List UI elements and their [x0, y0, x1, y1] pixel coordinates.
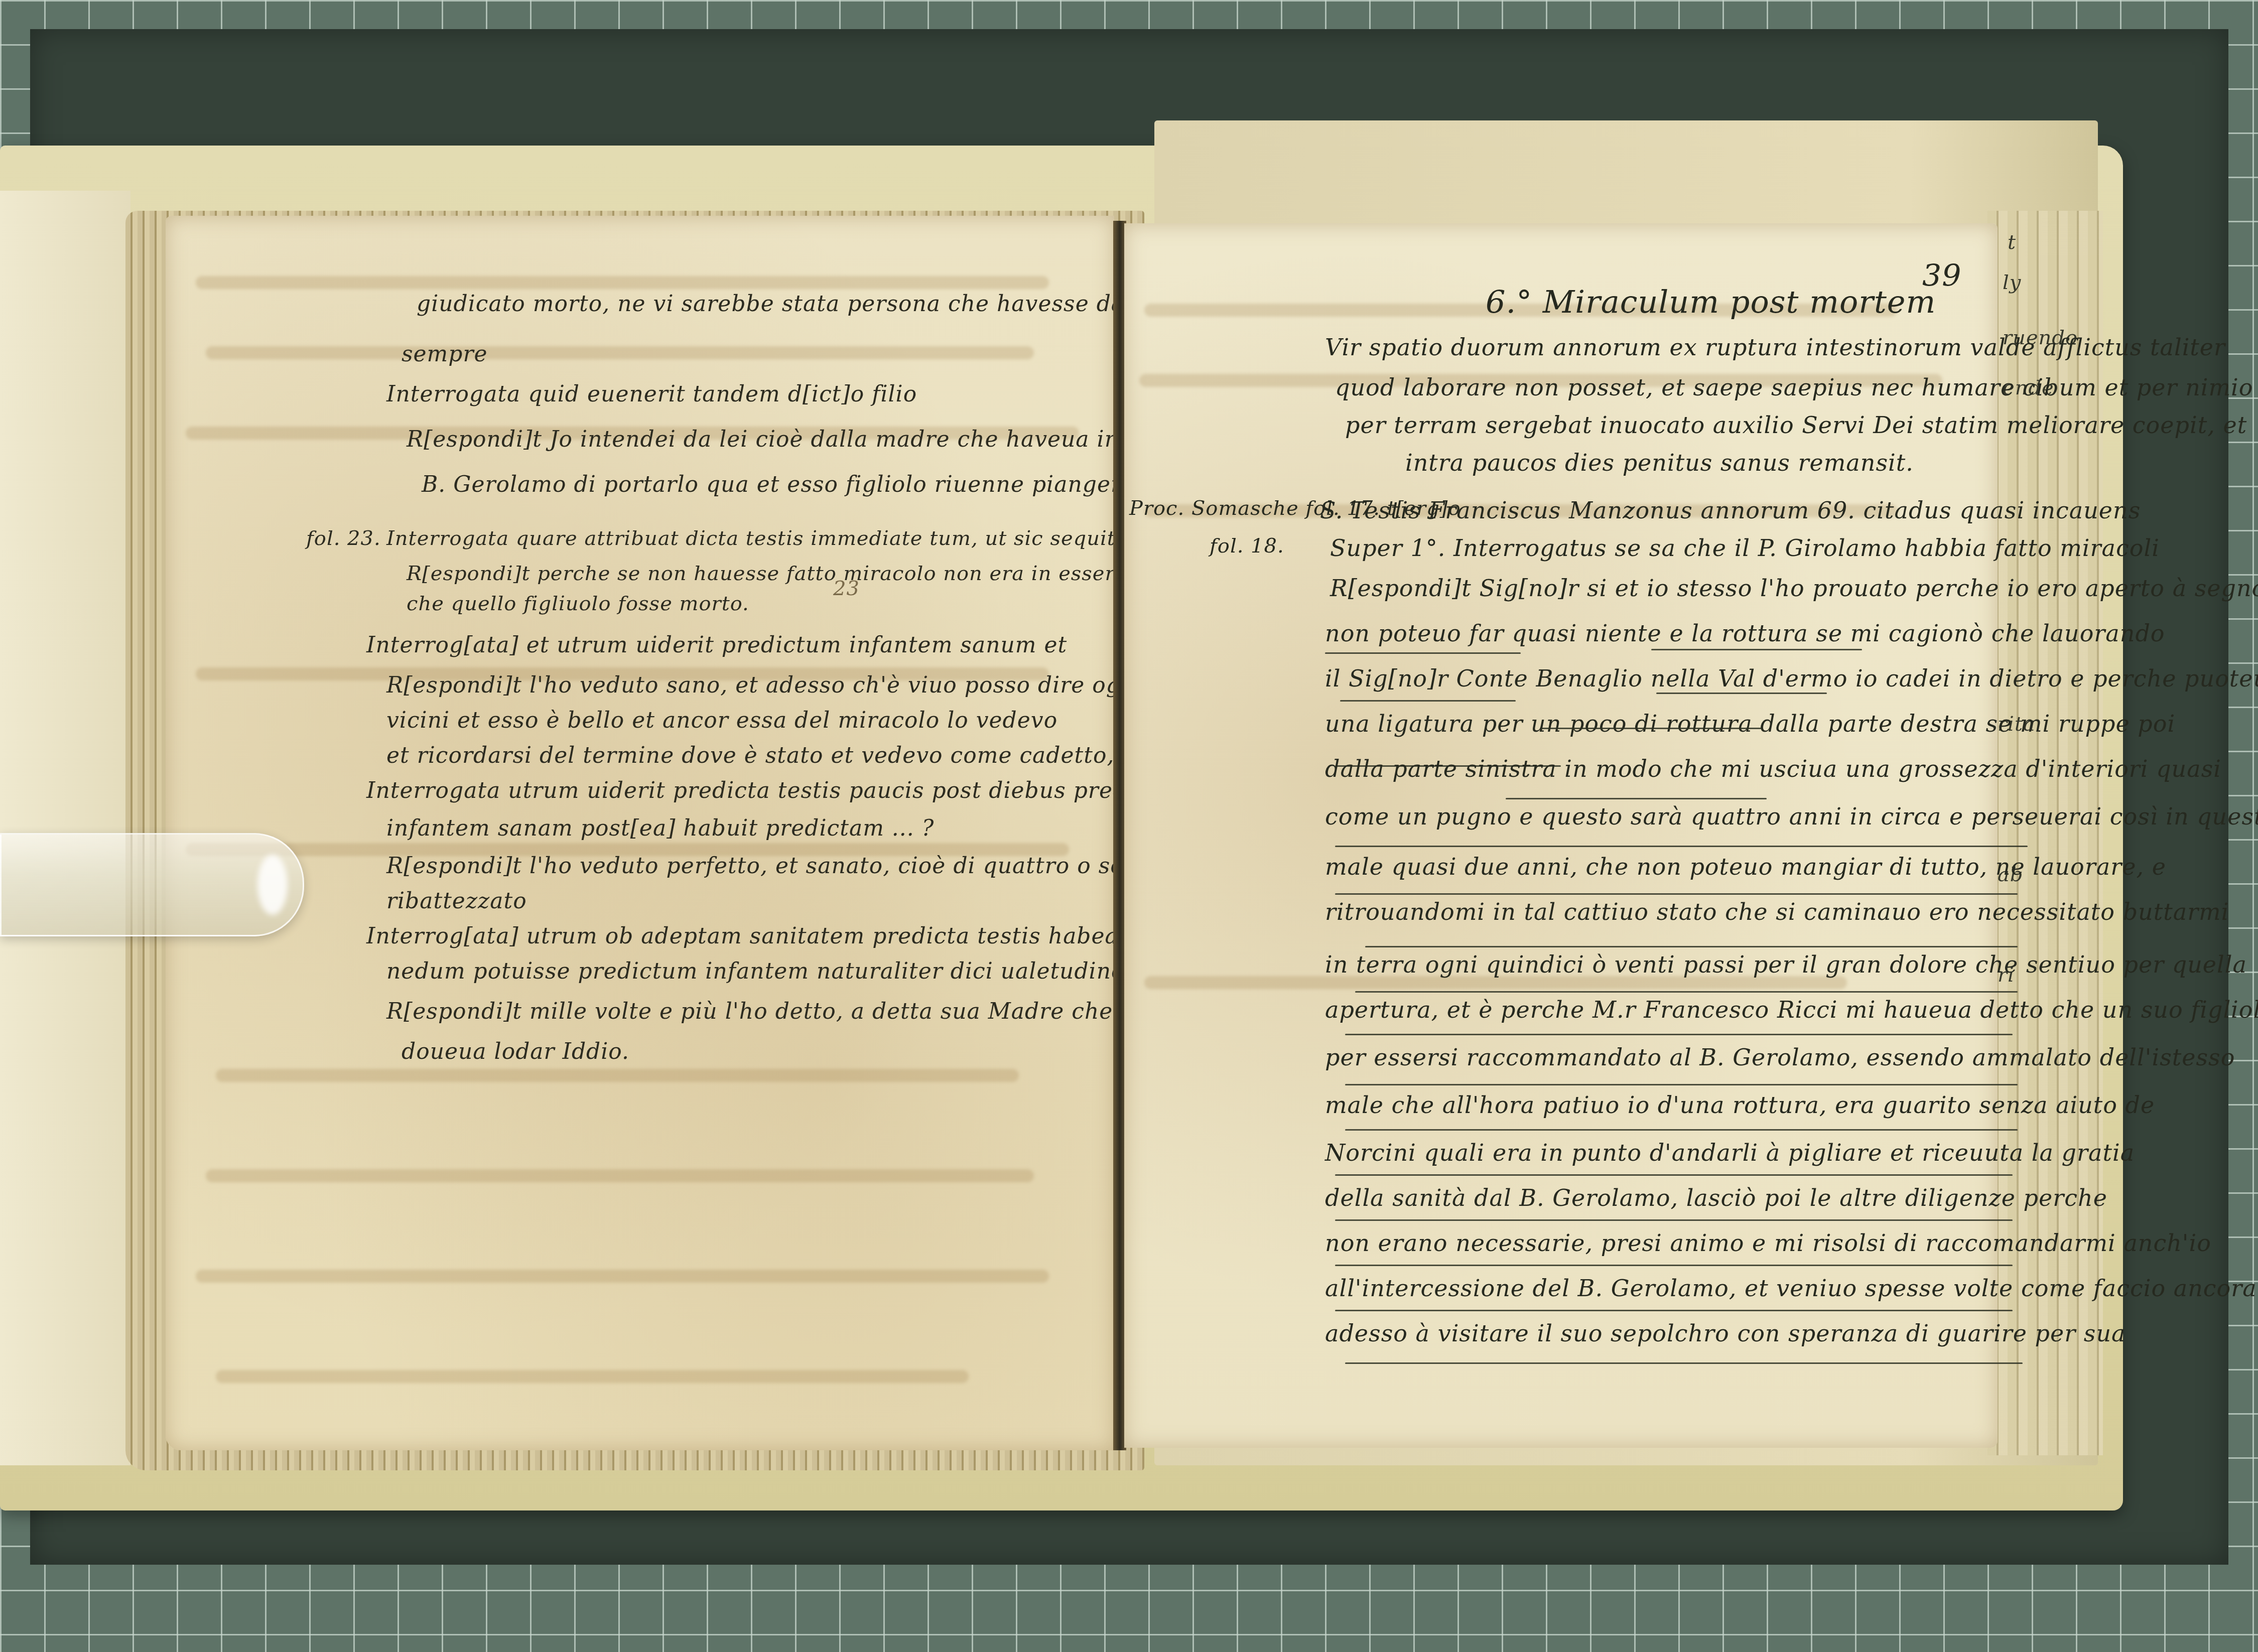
testimony-line: male quasi due anni, che non poteuo mang… — [1325, 853, 2166, 880]
manuscript-line: vicini et esso è bello et ancor essa del… — [386, 708, 1057, 733]
manuscript-line: Interrogata quid euenerit tandem d[ict]o… — [386, 381, 917, 407]
manuscript-line: B. Gerolamo di portarlo qua et esso figl… — [422, 472, 1222, 497]
testimony-line: non erano necessarie, presi animo e mi r… — [1325, 1229, 2211, 1257]
testimony-line: Testis Franciscus Manzonus annorum 69. c… — [1350, 497, 2141, 524]
page-heading: 6.° Miraculum post mortem — [1486, 284, 1936, 320]
summary-line: Vir spatio duorum annorum ex ruptura int… — [1325, 334, 2225, 361]
manuscript-line: Interrog[ata] et utrum uiderit predictum… — [366, 632, 1067, 658]
manuscript-line: sempre — [402, 341, 488, 367]
testimony-line: male che all'hora patiuo io d'una rottur… — [1325, 1091, 2155, 1119]
summary-line: per terram sergebat inuocato auxilio Ser… — [1345, 411, 2247, 439]
glass-highlight — [257, 855, 288, 915]
manuscript-line: che quello figliuolo fosse morto. — [407, 592, 749, 615]
margin-note: 23 — [833, 577, 860, 600]
manuscript-line: et ricordarsi del termine dove è stato e… — [386, 743, 1114, 768]
testimony-line: all'intercessione del B. Gerolamo, et ve… — [1325, 1275, 2257, 1302]
margin-note-section: S. — [1320, 497, 1344, 524]
left-page: giudicato morto, ne vi sarebbe stata per… — [166, 216, 1114, 1450]
edge-fragment: ly — [2003, 271, 2021, 294]
manuscript-line: nedum potuisse predictum infantem natura… — [386, 958, 1146, 984]
summary-line: intra paucos dies penitus sanus remansit… — [1405, 449, 1914, 476]
testimony-line: apertura, et è perche M.r Francesco Ricc… — [1325, 996, 2258, 1023]
manuscript-line: Interrogata quare attribuat dicta testis… — [386, 527, 1228, 550]
testimony-line: in terra ogni quindici ò venti passi per… — [1325, 951, 2247, 978]
testimony-line: dalla parte sinistra in modo che mi usci… — [1325, 755, 2221, 782]
testimony-line: come un pugno e questo sarà quattro anni… — [1325, 803, 2258, 830]
manuscript-line: ribattezzato — [386, 888, 527, 914]
testimony-line: il Sig[no]r Conte Benaglio nella Val d'e… — [1325, 665, 2258, 692]
testimony-line: una ligatura per un poco di rottura dall… — [1325, 710, 2175, 737]
right-page: 39 6.° Miraculum post mortem Vir spatio … — [1124, 223, 1998, 1448]
manuscript-line: infantem sanam post[ea] habuit predictam… — [386, 815, 934, 841]
manuscript-line: Interrogata utrum uiderit predicta testi… — [366, 778, 1192, 803]
testimony-line: non poteuo far quasi niente e la rottura… — [1325, 620, 2165, 647]
testimony-line: adesso à visitare il suo sepolchro con s… — [1325, 1320, 2126, 1347]
testimony-line: Super 1°. Interrogatus se sa che il P. G… — [1330, 534, 2160, 562]
testimony-line: per essersi raccommandato al B. Gerolamo… — [1325, 1044, 2235, 1071]
margin-note-folio: fol. 18. — [1210, 534, 1284, 558]
folder-flap — [0, 191, 130, 1465]
summary-line: quod laborare non posset, et saepe saepi… — [1335, 374, 2258, 401]
manuscript-line: doueua lodar Iddio. — [402, 1039, 629, 1064]
margin-note: fol. 23. — [306, 527, 381, 550]
testimony-line: ritrouandomi in tal cattiuo stato che si… — [1325, 898, 2229, 925]
testimony-line: Norcini quali era in punto d'andarli à p… — [1325, 1139, 2135, 1166]
glass-book-weight — [0, 833, 304, 936]
edge-fragment: t — [2008, 231, 2016, 254]
testimony-line: R[espondi]t Sig[no]r si et io stesso l'h… — [1330, 575, 2258, 602]
testimony-line: della sanità dal B. Gerolamo, lasciò poi… — [1325, 1184, 2107, 1211]
